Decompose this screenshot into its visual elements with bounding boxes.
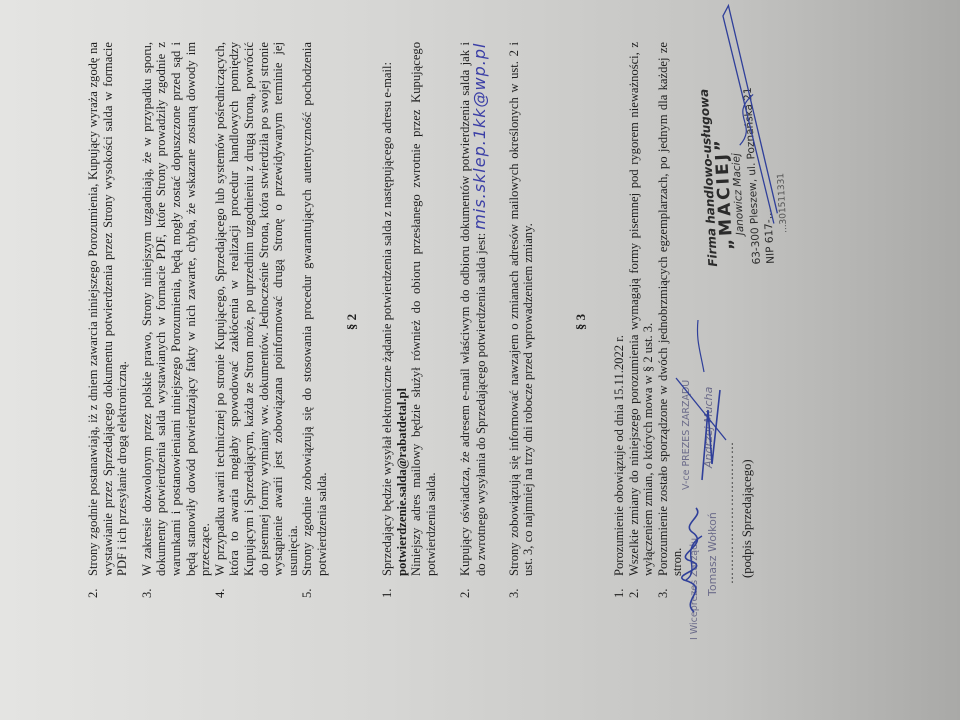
section-1-continuation: 2. Strony zgodnie postanawiają, iż z dni… [86,42,330,602]
item-text: Sprzedający będzie wysyłał elektroniczne… [380,62,394,576]
list-item: 3. W zakresie dozwolonym przez polskie p… [140,42,213,602]
list-item: 1. Porozumienie obowiązuje od dnia 15.11… [612,42,627,602]
company-stamp: Firma handlowo-usługowa „MACIEJ” Janowic… [694,33,793,267]
item-number: 1. [612,589,627,598]
item-text: Strony zobowiązują się informować nawzaj… [507,42,536,576]
signature-caption: (podpis Sprzedającego) [740,459,755,578]
signature-line: …………………………… [722,441,737,584]
signatory-name-2: Andrzej Mucha [702,387,717,468]
item-number: 2. [458,589,473,598]
item-number: 4. [213,589,228,598]
item-number: 3. [140,589,155,598]
item-number: 3. [507,589,522,598]
signatory-name-1: Tomasz Wołkoń [706,512,721,596]
section-3-heading: § 3 [574,42,589,602]
list-item: 2. Kupujący oświadcza, że adresem e-mail… [458,42,488,602]
item-text: Strony zgodnie zobowiązują się do stosow… [300,42,329,576]
signatory-title-1: I Wiceprezes Zarządu [688,538,703,640]
section-2: 1. Sprzedający będzie wysyłał elektronic… [380,42,536,602]
section-2-heading: § 2 [345,42,360,602]
item-number: 2. [86,589,101,598]
item-text: W zakresie dozwolonym przez polskie praw… [140,42,213,576]
document-page: 2. Strony zgodnie postanawiają, iż z dni… [0,0,960,720]
item-number: 2. [627,589,642,598]
list-item: 3. Strony zobowiązują się informować naw… [507,42,536,602]
item-number: 1. [380,589,395,598]
list-item: 2. Strony zgodnie postanawiają, iż z dni… [86,42,130,602]
signatory-title-2: V-ce PREZES ZARZĄDU [680,380,695,490]
item-text: Strony zgodnie postanawiają, iż z dniem … [86,42,130,576]
seller-email: potwierdzenie.salda@rabatdetal.pl [395,388,409,576]
item-number: 5. [300,589,315,598]
item-text: Porozumienie obowiązuje od dnia 15.11.20… [612,42,627,576]
list-item: 1. Sprzedający będzie wysyłał elektronic… [380,42,438,602]
list-item: 5. Strony zgodnie zobowiązują się do sto… [300,42,329,602]
buyer-email-handwritten: mis.sklep.1kk@wp.pl [470,43,489,230]
item-text: W przypadku awarii technicznej po stroni… [213,42,301,576]
item-text: Niniejszy adres mailowy będzie służył ró… [409,42,438,576]
list-item: 4. W przypadku awarii technicznej po str… [213,42,301,602]
